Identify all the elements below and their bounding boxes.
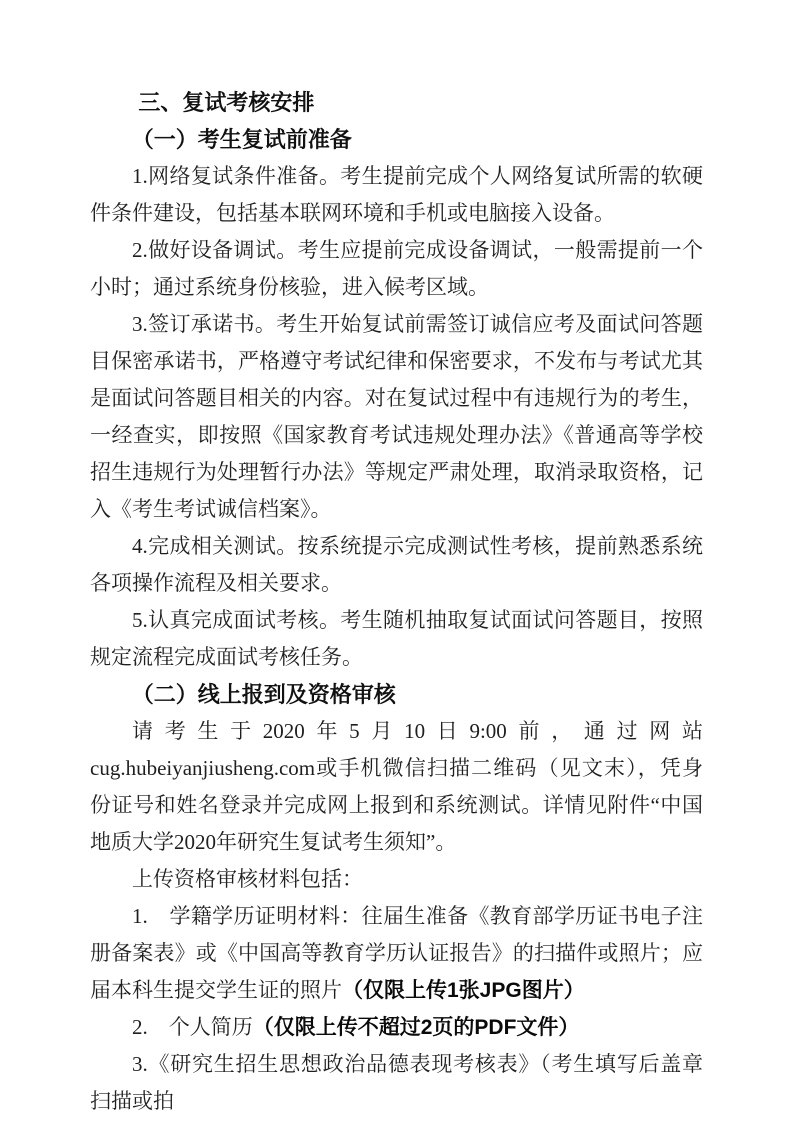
document-page: 三、复试考核安排 （一）考生复试前准备 1.网络复试条件准备。考生提前完成个人网… <box>0 0 793 1121</box>
list-item-academic-credentials: 1. 学籍学历证明材料：往届生准备《教育部学历证书电子注册备案表》或《中国高等教… <box>90 898 703 1009</box>
document-body: 三、复试考核安排 （一）考生复试前准备 1.网络复试条件准备。考生提前完成个人网… <box>90 84 703 1120</box>
paragraph-device-debugging: 2.做好设备调试。考生应提前完成设备调试，一般需提前一个小时；通过系统身份核验，… <box>90 232 703 306</box>
paragraph-interview-assessment: 5.认真完成面试考核。考生随机抽取复试面试问答题目，按照规定流程完成面试考核任务… <box>90 602 703 676</box>
paragraph-materials-intro: 上传资格审核材料包括： <box>90 861 703 898</box>
paragraph-checkin-instructions: 请考生于2020年5月10日9:00前，通过网站cug.hubeiyanjius… <box>90 713 703 861</box>
subsection-heading-candidate-preparation: （一）考生复试前准备 <box>90 121 703 158</box>
paragraph-commitment-letter: 3.签订承诺书。考生开始复试前需签订诚信应考及面试问答题目保密承诺书，严格遵守考… <box>90 306 703 528</box>
section-heading-reexam-arrangement: 三、复试考核安排 <box>90 84 703 121</box>
list-item-political-morality-form: 3.《研究生招生思想政治品德表现考核表》（考生填写后盖章扫描或拍 <box>90 1046 703 1120</box>
subsection-heading-online-checkin: （二）线上报到及资格审核 <box>90 676 703 713</box>
list-item-academic-credentials-limit: （仅限上传1张JPG图片） <box>342 979 585 1002</box>
list-item-resume-text: 2. 个人简历 <box>132 1015 253 1039</box>
paragraph-complete-tests: 4.完成相关测试。按系统提示完成测试性考核，提前熟悉系统各项操作流程及相关要求。 <box>90 528 703 602</box>
list-item-resume: 2. 个人简历（仅限上传不超过2页的PDF文件） <box>90 1009 703 1046</box>
list-item-resume-limit: （仅限上传不超过2页的PDF文件） <box>253 1016 580 1039</box>
paragraph-network-conditions: 1.网络复试条件准备。考生提前完成个人网络复试所需的软硬件条件建设，包括基本联网… <box>90 158 703 232</box>
